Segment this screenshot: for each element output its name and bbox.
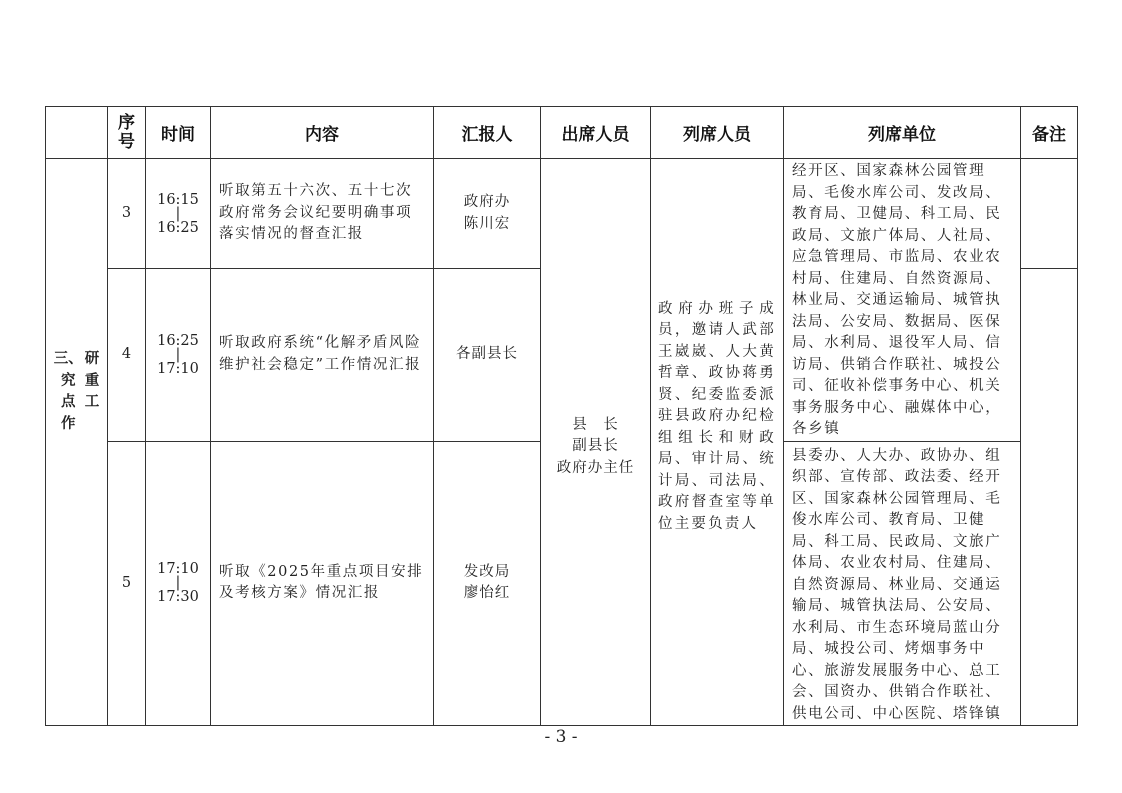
header-row: 序号 时间 内容 汇报人 出席人员 列席人员 列席单位 备注 (46, 107, 1078, 159)
attendees-header: 出席人员 (541, 107, 651, 159)
seq-header: 序号 (108, 107, 146, 159)
category-char: 点 (61, 392, 76, 414)
category-char: 三、 (54, 349, 83, 371)
units-cell-rows-3-4: 经开区、国家森林公园管理局、毛俊水库公司、发改局、教育局、卫健局、科工局、民政局… (784, 159, 1021, 442)
reporter-name: 廖怡红 (434, 583, 540, 605)
nonvoting-attendees-cell: 政府办班子成员，邀请人武部王崴崴、人大黄哲章、政协蒋勇贤、纪委监委派驻县政府办纪… (651, 159, 784, 726)
time-cell: 17:10 | 17:30 (146, 441, 211, 726)
time-start: 16:15 (146, 193, 210, 207)
attendee: 政府办主任 (541, 458, 650, 480)
category-char: 重 (85, 371, 100, 393)
reporter-cell: 各副县长 (434, 269, 541, 442)
table-row: 研 重 工 三、 究 点 作 3 16:15 | 16:25 听取第五十六次、五… (46, 159, 1078, 269)
reporter-name: 陈川宏 (434, 214, 540, 236)
category-char: 作 (61, 414, 76, 436)
category-cell: 研 重 工 三、 究 点 作 (46, 159, 108, 726)
time-start: 17:10 (146, 562, 210, 576)
units-cell-row-5: 县委办、人大办、政协办、组织部、宣传部、政法委、经开区、国家森林公园管理局、毛俊… (784, 441, 1021, 726)
reporter-header: 汇报人 (434, 107, 541, 159)
category-char: 究 (61, 371, 76, 393)
reporter-dept: 各副县长 (434, 344, 540, 366)
time-separator: | (146, 348, 210, 362)
remarks-header: 备注 (1021, 107, 1078, 159)
meeting-agenda-table: 序号 时间 内容 汇报人 出席人员 列席人员 列席单位 备注 研 重 工 三、 … (45, 106, 1078, 726)
time-end: 17:10 (146, 362, 210, 376)
reporter-dept: 发改局 (434, 562, 540, 584)
attendee: 副县长 (541, 436, 650, 458)
category-char: 研 (85, 349, 100, 371)
seq-cell: 3 (108, 159, 146, 269)
time-cell: 16:25 | 17:10 (146, 269, 211, 442)
seq-cell: 5 (108, 441, 146, 726)
attendee: 县 长 (541, 415, 650, 437)
time-header: 时间 (146, 107, 211, 159)
seq-header-text: 序号 (118, 114, 136, 152)
remarks-cell (1021, 159, 1078, 269)
category-char: 工 (85, 392, 100, 414)
time-start: 16:25 (146, 334, 210, 348)
remarks-cell (1021, 269, 1078, 726)
time-end: 17:30 (146, 590, 210, 604)
attendees-cell: 县 长 副县长 政府办主任 (541, 159, 651, 726)
reporter-cell: 发改局 廖怡红 (434, 441, 541, 726)
category-col-right: 三、 究 点 作 (54, 349, 83, 435)
reporter-cell: 政府办 陈川宏 (434, 159, 541, 269)
content-header: 内容 (211, 107, 434, 159)
content-cell: 听取《2025年重点项目安排及考核方案》情况汇报 (211, 441, 434, 726)
time-cell: 16:15 | 16:25 (146, 159, 211, 269)
time-separator: | (146, 576, 210, 590)
content-cell: 听取第五十六次、五十七次政府常务会议纪要明确事项落实情况的督查汇报 (211, 159, 434, 269)
units-header: 列席单位 (784, 107, 1021, 159)
time-end: 16:25 (146, 221, 210, 235)
seq-cell: 4 (108, 269, 146, 442)
time-separator: | (146, 207, 210, 221)
category-label: 研 重 工 三、 究 点 作 (46, 159, 107, 435)
category-col-left: 研 重 工 (85, 349, 100, 435)
page-number: - 3 - (0, 727, 1122, 747)
content-cell: 听取政府系统“化解矛盾风险 维护社会稳定”工作情况汇报 (211, 269, 434, 442)
category-header (46, 107, 108, 159)
reporter-dept: 政府办 (434, 192, 540, 214)
nonvoting-header: 列席人员 (651, 107, 784, 159)
